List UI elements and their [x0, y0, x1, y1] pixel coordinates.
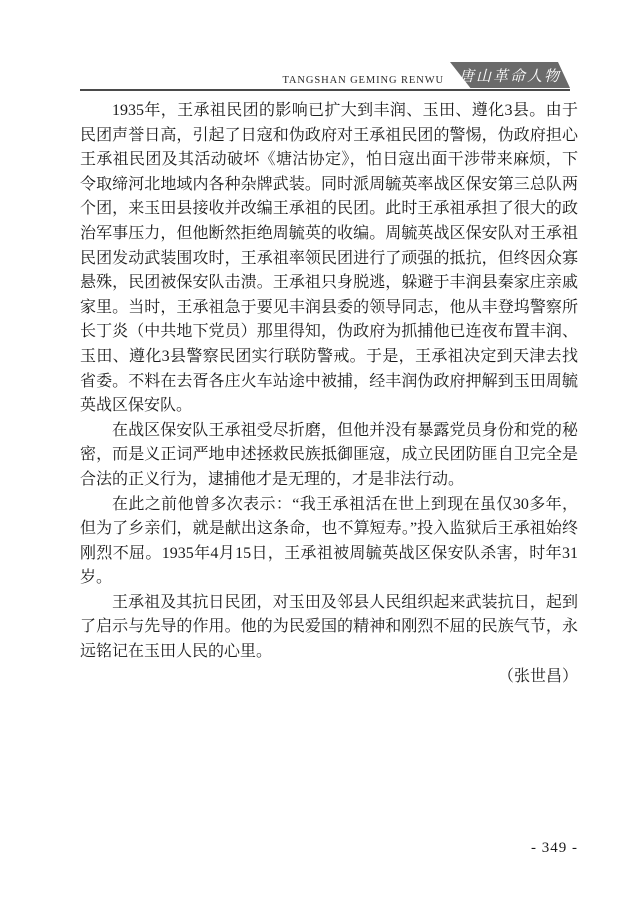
paragraph: 在此之前他曾多次表示：“我王承祖活在世上到现在虽仅30多年，但为了乡亲们，就是献… [80, 493, 578, 591]
paragraph-list: 1935年，王承祖民团的影响已扩大到丰润、玉田、遵化3县。由于民团声誉日高，引起… [80, 99, 578, 665]
series-title: 唐山革命人物 [459, 65, 561, 86]
page-body: 1935年，王承祖民团的影响已扩大到丰润、玉田、遵化3县。由于民团声誉日高，引起… [80, 99, 578, 689]
header-rule [80, 89, 570, 91]
series-title-banner: 唐山革命人物 [450, 62, 570, 88]
paragraph: 1935年，王承祖民团的影响已扩大到丰润、玉田、遵化3县。由于民团声誉日高，引起… [80, 99, 578, 419]
book-page: TANGSHAN GEMING RENWU 唐山革命人物 1935年，王承祖民团… [0, 0, 643, 908]
running-title-latin: TANGSHAN GEMING RENWU [282, 75, 444, 88]
author-signature: （张世昌） [80, 665, 578, 690]
paragraph: 王承祖及其抗日民团，对玉田及邻县人民组织起来武装抗日，起到了启示与先导的作用。他… [80, 591, 578, 665]
page-footer: - 349 - [80, 840, 578, 857]
page-header: TANGSHAN GEMING RENWU 唐山革命人物 [80, 61, 570, 88]
paragraph: 在战区保安队王承祖受尽折磨，但他并没有暴露党员身份和党的秘密，而是义正词严地申述… [80, 419, 578, 493]
page-number: - 349 - [531, 840, 578, 856]
